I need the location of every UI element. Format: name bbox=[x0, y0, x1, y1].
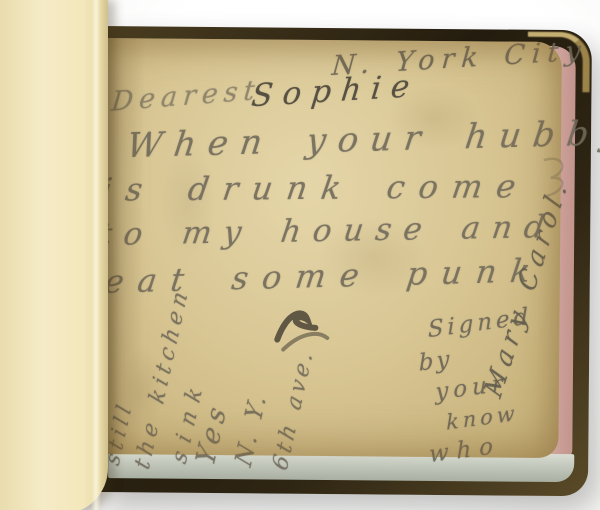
verse-line: to my house and bbox=[97, 212, 558, 251]
photo-backdrop: N. York City Dearest Sophie When your hu… bbox=[0, 0, 600, 510]
faint-pencil-mark bbox=[538, 152, 572, 200]
pencil-scribble-smudge bbox=[265, 299, 336, 358]
turned-page bbox=[0, 0, 108, 510]
page-curl-highlight bbox=[91, 0, 101, 510]
verse-line: is drunk come bbox=[99, 170, 532, 206]
